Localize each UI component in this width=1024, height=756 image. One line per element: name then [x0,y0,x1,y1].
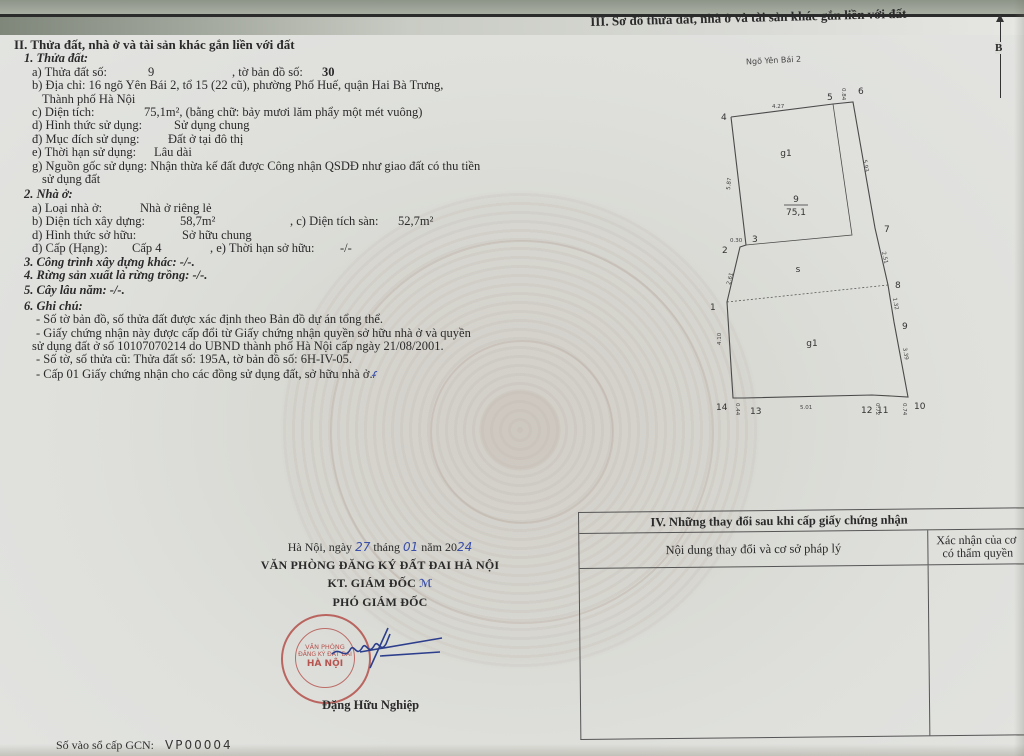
grade-value: Cấp 4 [132,242,162,255]
note-item: - Giấy chứng nhận này được cấp đổi từ Gi… [36,327,534,340]
address-row-cont: Thành phố Hà Nội [42,93,534,106]
other-works: 3. Công trình xây dựng khác: -/-. [24,256,534,269]
edge-13-14: 0.44 [734,403,740,416]
date-month: 01 [403,540,418,554]
column-header-content: Nội dung thay đổi và cơ sở pháp lý [579,530,928,568]
edge-2-3: 0.30 [730,238,743,244]
vertex-7: 7 [884,225,890,235]
use-form-label: d) Hình thức sử dụng: [32,118,142,132]
vertex-5: 5 [827,93,833,103]
column-header-confirmation: Xác nhận của cơ có thẩm quyền [928,529,1024,564]
section2-title: II. Thửa đất, nhà ở và tài sản khác gắn … [14,38,534,51]
area-value: 75,1m², (bằng chữ: bảy mươi lăm phẩy một… [144,106,422,119]
edge-4-5: 4.27 [772,104,785,110]
signature-block: Hà Nội, ngày 27 tháng 01 năm 2024 VĂN PH… [250,538,510,611]
vertex-9: 9 [902,322,908,332]
term-label: e) Thời hạn sử dụng: [32,145,136,159]
vertex-6: 6 [858,87,864,97]
note-item: - Số tờ, số thửa cũ: Thửa đất số: 195A, … [36,353,534,366]
term-row: e) Thời hạn sử dụng: Lâu dài [32,146,534,159]
address-label: b) Địa chỉ: [32,78,85,92]
origin-value: Nhận thừa kế đất được Công nhận QSDĐ như… [150,159,480,173]
page-shadow [1014,0,1024,756]
note-item: - Số tờ bản đồ, số thửa đất được xác địn… [36,313,534,326]
zone-label: g1 [780,149,791,159]
col2-line2: có thẩm quyền [936,546,1024,560]
land-heading: 1. Thửa đất: [24,52,534,65]
map-sheet-label: , tờ bản đồ số: [232,66,303,79]
edge-7-8: 2.51 [880,251,888,264]
parcel-diagram: 4 5 6 7 8 9 10 11 12 13 14 1 2 3 4.27 0.… [700,80,940,425]
vertex-4: 4 [721,113,727,123]
origin-row-cont: sử dụng đất [42,173,534,186]
address-row: b) Địa chỉ: 16 ngõ Yên Bái 2, tổ 15 (22 … [32,79,534,92]
house-type-value: Nhà ở riêng lẻ [140,202,212,215]
table-cell-content [580,565,931,739]
purpose-label: đ) Mục đích sử dụng: [32,132,139,146]
origin-row: g) Nguồn gốc sử dụng: Nhận thừa kế đất đ… [32,160,534,173]
page-shadow [0,744,1024,756]
date-prefix: Hà Nội, ngày [288,540,352,554]
grade-row: đ) Cấp (Hạng): Cấp 4 , e) Thời hạn sở hữ… [32,242,534,255]
edge-14-1: 4.10 [717,332,723,345]
edge-9-10: 3.39 [901,347,909,361]
handwritten-tick-icon: ᵳ [373,366,377,381]
ownership-row: d) Hình thức sở hữu: Sở hữu chung [32,229,534,242]
notes-heading: 6. Ghi chú: [24,300,534,313]
date-year-label: năm 20 [421,540,457,554]
vertex-2: 2 [722,246,728,256]
parcel-label: a) Thửa đất số: [32,65,107,79]
own-term-value: -/- [340,242,352,255]
use-form-row: d) Hình thức sử dụng: Sử dụng chung [32,119,534,132]
vertex-8: 8 [895,281,901,291]
signer-name: Đặng Hữu Nghiệp [322,698,419,713]
house-type-row: a) Loại nhà ở: Nhà ở riêng lẻ [32,202,534,215]
issue-date: Hà Nội, ngày 27 tháng 01 năm 2024 [250,538,510,556]
purpose-row: đ) Mục đích sử dụng: Đất ở tại đô thị [32,133,534,146]
edge-5-6: 0.84 [840,88,846,101]
role1-text: KT. GIÁM ĐỐC [328,576,417,590]
table-row [580,564,1024,739]
own-term-label: , e) Thời hạn sở hữu: [210,242,314,255]
built-area-value: 58,7m² [180,215,215,228]
date-day: 27 [355,540,370,554]
changes-table: IV. Những thay đổi sau khi cấp giấy chứn… [578,507,1024,740]
section-land-and-house: II. Thửa đất, nhà ở và tài sản khác gắn … [14,38,534,381]
north-label: B [995,42,1002,54]
ownership-value: Sở hữu chung [182,229,252,242]
term-value: Lâu dài [154,146,192,159]
floor-area-label: , c) Diện tích sàn: [290,215,379,228]
parcel-area-label: 75,1 [786,208,806,218]
vertex-1: 1 [710,303,716,313]
area-label: c) Diện tích: [32,105,94,119]
house-type-label: a) Loại nhà ở: [32,201,102,215]
note-item: - Cấp 01 Giấy chứng nhận cho các đồng sử… [36,367,534,381]
perennial: 5. Cây lâu năm: -/-. [24,284,534,297]
vertex-13: 13 [750,407,761,417]
table-header-row: Nội dung thay đổi và cơ sở pháp lý Xác n… [579,529,1024,569]
use-form-value: Sử dụng chung [174,119,250,132]
note-text: - Cấp 01 Giấy chứng nhận cho các đồng sử… [36,367,373,381]
date-year: 24 [457,540,472,554]
zone-label: s [796,265,801,275]
date-month-label: tháng [373,540,400,554]
parcel-number-label: 9 [793,195,799,205]
area-row: c) Diện tích: 75,1m², (bằng chữ: bảy mươ… [32,106,534,119]
edge-3-4: 5.87 [726,177,733,190]
edge-11-12: 0.72 [874,403,880,415]
house-heading: 2. Nhà ở: [24,188,534,201]
signer-role-2: PHÓ GIÁM ĐỐC [250,593,510,611]
ownership-label: d) Hình thức sở hữu: [32,228,136,242]
edge-10-11: 0.74 [901,403,907,416]
zone-label: g1 [806,339,817,349]
map-sheet-number: 30 [322,66,335,79]
vertex-14: 14 [716,403,728,413]
signer-role-1: KT. GIÁM ĐỐC ℳ [250,574,510,593]
edge-6-7: 5.93 [861,159,869,173]
built-area-label: b) Diện tích xây dựng: [32,214,145,228]
parcel-number: 9 [148,66,154,79]
north-arrow-icon: B [999,14,1002,96]
vertex-3: 3 [752,235,758,245]
built-area-row: b) Diện tích xây dựng: 58,7m² , c) Diện … [32,215,534,228]
forest: 4. Rừng sản xuất là rừng trồng: -/-. [24,269,534,282]
vertex-12: 12 [861,406,872,416]
floor-area-value: 52,7m² [398,215,433,228]
edge-1-2: 2.61 [726,272,735,285]
issuing-office: VĂN PHÒNG ĐĂNG KÝ ĐẤT ĐAI HÀ NỘI [250,556,510,574]
purpose-value: Đất ở tại đô thị [168,133,243,146]
grade-label: đ) Cấp (Hạng): [32,241,108,255]
edge-12-13: 5.01 [800,405,812,411]
parcel-row: a) Thửa đất số: 9 , tờ bản đồ số: 30 [32,66,534,79]
note-item: sử dụng đất ở số 10107070214 do UBND thà… [32,340,534,353]
vertex-10: 10 [914,402,926,412]
address-value: 16 ngõ Yên Bái 2, tổ 15 (22 cũ), phường … [89,78,444,92]
signature-icon [330,624,445,674]
initials-icon: ℳ [419,577,432,590]
origin-label: g) Nguồn gốc sử dụng: [32,159,147,173]
